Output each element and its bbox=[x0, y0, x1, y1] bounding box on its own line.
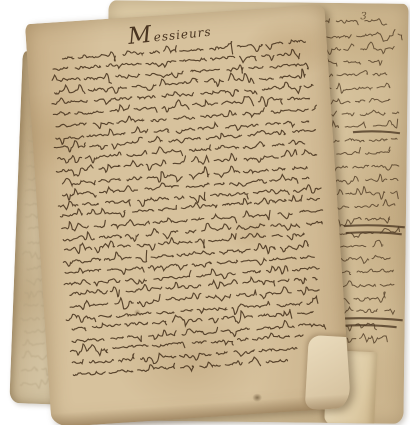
manuscript-photo: 3 Messieurs bbox=[0, 0, 410, 425]
handwriting-front-svg bbox=[25, 5, 351, 425]
paper-curl-front bbox=[305, 335, 351, 412]
sheet-front: Messieurs bbox=[25, 5, 351, 425]
page-number: 3 bbox=[360, 11, 367, 22]
